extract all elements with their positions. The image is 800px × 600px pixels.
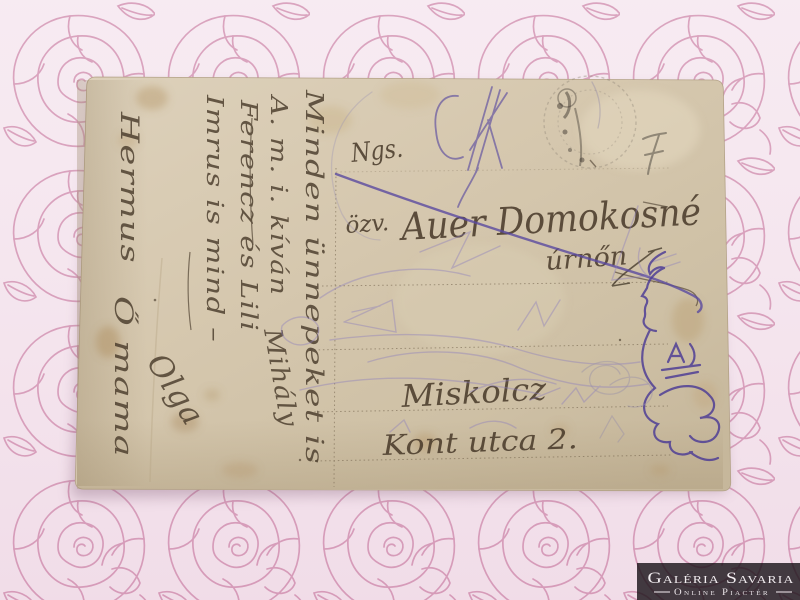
watermark: Galéria Savaria Online Piactér: [637, 563, 800, 600]
message-line-7: Hermus: [115, 111, 144, 264]
street-handwriting: Kont utca 2.: [381, 422, 578, 462]
message-line-8: Ő mama: [109, 296, 138, 458]
postcard: 7 Ngs. özv. Auer Domokosné úrnőn Miskolc…: [75, 76, 730, 491]
watermark-subtitle: Online Piactér: [674, 587, 770, 597]
message-line-1: Minden ünnepeket is: [300, 89, 328, 465]
honorific-handwriting: özv.: [345, 210, 390, 239]
marketplace-photo: 7 Ngs. özv. Auer Domokosné úrnőn Miskolc…: [0, 0, 800, 600]
message-line-2: A. m. i. kíván: [265, 94, 291, 296]
message-line-3: Ferencz és Lili: [235, 99, 261, 332]
photo-scene: 7 Ngs. özv. Auer Domokosné úrnőn Miskolc…: [0, 0, 800, 600]
message-line-5: Imrus is mind –: [201, 94, 227, 343]
watermark-title: Galéria Savaria: [648, 570, 795, 587]
salutation-abbr-handwriting: Ngs.: [349, 134, 405, 169]
